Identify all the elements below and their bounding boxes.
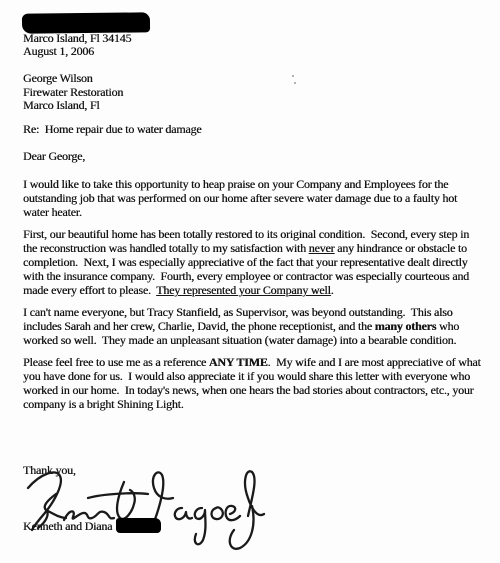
paragraph: I can't name everyone, but Tracy Stanfie… bbox=[23, 305, 481, 347]
scan-speck bbox=[294, 82, 296, 84]
handwritten-signature bbox=[26, 466, 266, 552]
paragraph: I would like to take this opportunity to… bbox=[23, 177, 481, 219]
scan-speck bbox=[397, 377, 399, 379]
letter-document: Marco Island, Fl 34145 August 1, 2006 Ge… bbox=[0, 0, 500, 563]
recipient-address: Marco Island, Fl bbox=[23, 99, 123, 113]
paragraph: First, our beautiful home has been total… bbox=[23, 227, 481, 297]
letter-body: I would like to take this opportunity to… bbox=[23, 177, 481, 419]
body-text: . bbox=[331, 283, 334, 297]
scan-speck bbox=[292, 75, 294, 77]
underlined-text: never bbox=[309, 241, 335, 255]
signed-by: Kenneth and Diana bbox=[23, 519, 112, 533]
salutation: Dear George, bbox=[23, 150, 85, 164]
letter-date: August 1, 2006 bbox=[23, 45, 94, 59]
bold-text: ANY TIME bbox=[209, 355, 268, 369]
redaction-bar-surname bbox=[116, 518, 161, 533]
body-text: I would like to take this opportunity to… bbox=[23, 177, 460, 219]
underlined-text: They represented your Company well bbox=[156, 283, 330, 297]
subject-line: Re: Home repair due to water damage bbox=[23, 123, 201, 137]
bold-text: many others bbox=[375, 319, 436, 333]
recipient-block: George Wilson Firewater Restoration Marc… bbox=[23, 72, 123, 113]
paragraph: Please feel free to use me as a referenc… bbox=[23, 355, 481, 411]
signed-by-line: Kenneth and Diana bbox=[23, 518, 161, 534]
recipient-company: Firewater Restoration bbox=[23, 86, 123, 100]
recipient-name: George Wilson bbox=[23, 72, 123, 86]
body-text: Please feel free to use me as a referenc… bbox=[23, 355, 209, 369]
